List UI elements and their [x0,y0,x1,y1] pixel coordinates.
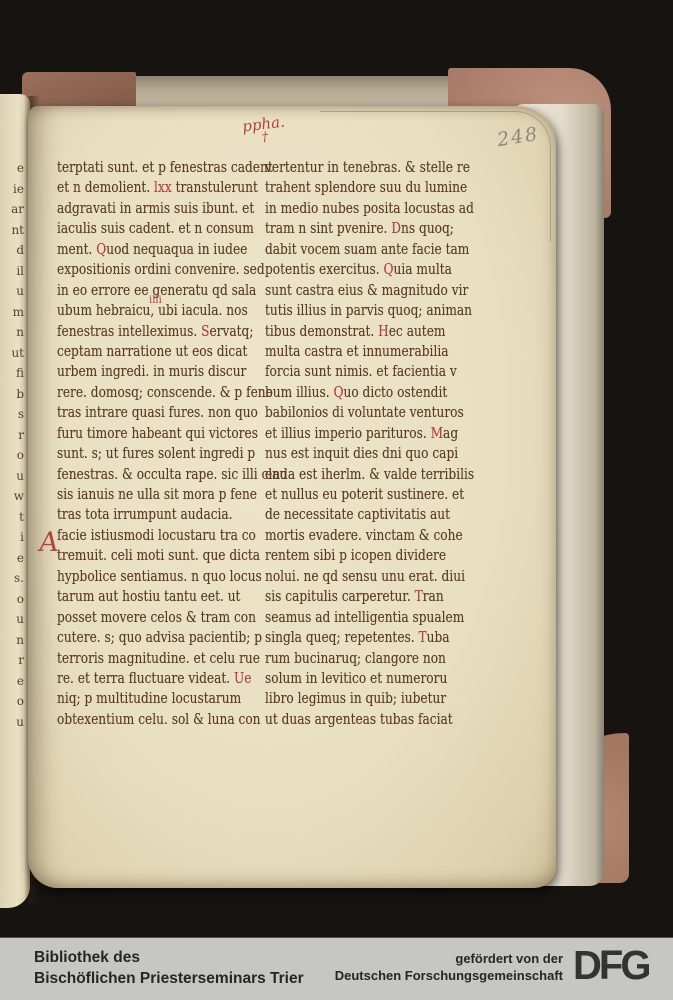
facing-page-fragment: o [0,445,24,466]
line-text: cutere. s; quo advisa pacientib; p [57,630,262,646]
line-text: ceptam narratione ut eos dicat [57,344,247,360]
manuscript-line: tram n sint pvenire. Dns quoq; [265,219,475,239]
manuscript-line: tras tota irrumpunt audacia. [57,505,267,525]
line-text: furu timore habeant qui victores [57,426,258,442]
dfg-logo: DFG [573,944,648,990]
manuscript-line: sis capitulis carperetur. Tran [265,587,475,607]
manuscript-line: adgravati in armis suis ibunt. et [57,199,267,219]
manuscript-line: obtexentium celu. sol & luna con [57,710,267,730]
line-text: mortis evadere. vinctam & cohe [265,528,463,544]
facing-page-fragment: ie [0,179,24,200]
line-text: rum bucinaruq; clangore non [265,651,446,667]
manuscript-line: vertentur in tenebras. & stelle re [265,158,475,178]
manuscript-line: singla queq; repetentes. Tuba [265,628,475,648]
line-text: tremuit. celi moti sunt. que dicta [57,548,260,564]
line-text: tibus demonstrat. [265,324,378,340]
line-text: urbem ingredi. in muris discur [57,364,246,380]
manuscript-line: cutere. s; quo advisa pacientib; p [57,628,267,648]
line-text: vertentur in tenebras. & stelle re [265,160,470,176]
line-text: multa castra et innumerabilia [265,344,449,360]
manuscript-line: terroris magnitudine. et celu rue [57,649,267,669]
manuscript-line: tremuit. celi moti sunt. que dicta [57,546,267,566]
manuscript-line: rum bucinaruq; clangore non [265,649,475,669]
line-text: facie istiusmodi locustaru tra co [57,528,256,544]
rubric-initial: Q [384,262,394,278]
manuscript-line: ment. Quod nequaqua in iudee [57,240,267,260]
line-text: nolui. ne qd sensu unu erat. diui [265,569,465,585]
rubric-initial: S [201,324,209,340]
manuscript-line: sis ianuis ne ulla sit mora p fene [57,485,267,505]
manuscript-line: babilonios di voluntate venturos [265,403,475,423]
line-text: dabit vocem suam ante facie tam [265,242,469,258]
manuscript-line: potentis exercitus. Quia multa [265,260,475,280]
manuscript-line: iaculis suis cadent. et n consum [57,219,267,239]
manuscript-line: et illius imperio parituros. Mag [265,424,475,444]
facing-page-fragment: n [0,322,24,343]
line-text: bum illius. [265,385,333,401]
facing-page-fragment: ut [0,343,24,364]
line-text: expositionis ordini convenire. sed [57,262,265,278]
facing-page-fragment: w [0,486,24,507]
line-text: terroris magnitudine. et celu rue [57,651,260,667]
line-text: trahent splendore suu du lumine [265,180,467,196]
manuscript-line: expositionis ordini convenire. sed [57,260,267,280]
funding-credit: gefördert von der Deutschen Forschungsge… [335,950,563,984]
line-text: fenestras. & occulta rape. sic illi clau [57,467,287,483]
facing-page-fragment: i [0,527,24,548]
facing-page-fragment: n [0,630,24,651]
manuscript-line: terptati sunt. et p fenestras cadent [57,158,267,178]
facing-page-fragment: o [0,589,24,610]
line-text: nus est inquit dies dni quo capi [265,446,458,462]
manuscript-line: fenestras. & occulta rape. sic illi clau [57,465,267,485]
facing-page-fragment: u [0,281,24,302]
library-name-line2: Bischöflichen Priesterseminars Trier [34,968,304,989]
line-text: ag [443,426,458,442]
manuscript-line: facie istiusmodi locustaru tra co [57,526,267,546]
facing-page-fragment: ar [0,199,24,220]
manuscript-line: ut duas argenteas tubas faciat [265,710,475,730]
line-text: sunt castra eius & magnitudo vir [265,283,468,299]
manuscript-line: hypbolice sentiamus. n quo locus [57,567,267,587]
line-text: uba [427,630,450,646]
manuscript-line: sunt. s; ut fures solent ingredi p [57,444,267,464]
manuscript-line: furu timore habeant qui victores [57,424,267,444]
facing-page-fragment: fi [0,363,24,384]
line-text: iaculis suis cadent. et n consum [57,221,254,237]
facing-page-fragment: il [0,261,24,282]
facing-page-fragment: s [0,404,24,425]
line-text: in medio nubes posita locustas ad [265,201,474,217]
line-text: posset movere celos & tram con [57,610,256,626]
library-name: Bibliothek des Bischöflichen Priestersem… [34,947,304,989]
facing-page-fragment: s. [0,568,24,589]
line-text: uod nequaqua in iudee [106,242,247,258]
rubric-top-margin-note: ppha. † [242,116,287,147]
line-text: obtexentium celu. sol & luna con [57,712,261,728]
line-text: ubum hebraicu, ubi iacula. nos [57,303,248,319]
line-text: niq; p multitudine locustarum [57,691,241,707]
manuscript-line: libro legimus in quib; iubetur [265,689,475,709]
line-text: uo dicto ostendit [343,385,447,401]
line-text: et nullus eu poterit sustinere. et [265,487,464,503]
manuscript-line: mortis evadere. vinctam & cohe [265,526,475,546]
manuscript-line: seamus ad intelligentia spualem [265,608,475,628]
line-text: singla queq; repetentes. [265,630,419,646]
funding-credit-line1: gefördert von der [335,950,563,967]
line-text: et n demolient. [57,180,154,196]
facing-page-fragment: u [0,609,24,630]
rubric-initial: lxx [154,180,172,196]
manuscript-line: ubum hebraicu, ubi iacula. nos [57,301,267,321]
manuscript-line: rentem sibi p icopen dividere [265,546,475,566]
manuscript-line: re. et terra fluctuare videat. Ue [57,669,267,689]
manuscript-line: nolui. ne qd sensu unu erat. diui [265,567,475,587]
line-text: fenestras intelleximus. [57,324,201,340]
line-text: ec autem [389,324,446,340]
manuscript-line: tras intrare quasi fures. non quo [57,403,267,423]
manuscript-line: tutis illius in parvis quoq; animan [265,301,475,321]
rubric-initial: Q [333,385,343,401]
line-text: ment. [57,242,96,258]
line-text: enda est iherlm. & valde terribilis [265,467,474,483]
manuscript-line: dabit vocem suam ante facie tam [265,240,475,260]
manuscript-line: forcia sunt nimis. et facientia v [265,362,475,382]
manuscript-line: bum illius. Quo dicto ostendit [265,383,475,403]
line-text: tutis illius in parvis quoq; animan [265,303,472,319]
manuscript-line: et n demolient. lxx transtulerunt [57,178,267,198]
facing-page-fragment: u [0,712,24,733]
rubric-initial: D [391,221,401,237]
facing-page-fragment: o [0,691,24,712]
line-text: sis capitulis carperetur. [265,589,415,605]
footer-bar: Bibliothek des Bischöflichen Priestersem… [0,937,673,1000]
line-text: tarum aut hostiu tantu eet. ut [57,589,240,605]
text-column-right: vertentur in tenebras. & stelle retrahen… [265,158,475,730]
line-text: terptati sunt. et p fenestras cadent [57,160,273,176]
line-text: solum in levitico et numeroru [265,671,447,687]
facing-page-text-fragments: eiearntdilumnutfibsrouwties.ounreou [0,158,24,758]
rubric-initial: Q [96,242,106,258]
line-text: forcia sunt nimis. et facientia v [265,364,457,380]
manuscript-line: tarum aut hostiu tantu eet. ut [57,587,267,607]
line-text: ut duas argenteas tubas faciat [265,712,453,728]
line-text: de necessitate captivitatis aut [265,507,450,523]
line-text: libro legimus in quib; iubetur [265,691,446,707]
facing-page-fragment: nt [0,220,24,241]
manuscript-line: posset movere celos & tram con [57,608,267,628]
library-name-line1: Bibliothek des [34,947,304,968]
line-text: hypbolice sentiamus. n quo locus [57,569,262,585]
line-text: in eo errore ee generatu qd sala [57,283,256,299]
line-text: babilonios di voluntate venturos [265,405,464,421]
manuscript-page: ppha. † 248 illi A terptati sunt. et p f… [28,106,556,888]
manuscript-line: multa castra et innumerabilia [265,342,475,362]
line-text: et illius imperio parituros. [265,426,431,442]
text-column-left: terptati sunt. et p fenestras cadentet n… [57,158,267,730]
manuscript-line: tibus demonstrat. Hec autem [265,322,475,342]
facing-page-fragment: e [0,671,24,692]
facing-page-fragment: u [0,466,24,487]
manuscript-line: urbem ingredi. in muris discur [57,362,267,382]
facing-page-fragment: m [0,302,24,323]
line-text: sis ianuis ne ulla sit mora p fene [57,487,257,503]
facing-page-fragment: r [0,425,24,446]
line-text: rentem sibi p icopen dividere [265,548,446,564]
line-text: sunt. s; ut fures solent ingredi p [57,446,255,462]
facing-page-fragment: e [0,548,24,569]
facing-page-fragment: e [0,158,24,179]
line-text: re. et terra fluctuare videat. [57,671,234,687]
line-text: transtulerunt [172,180,258,196]
line-text: tras tota irrumpunt audacia. [57,507,233,523]
rubric-initial: Ue [234,671,251,687]
line-text: ervatq; [209,324,253,340]
manuscript-line: niq; p multitudine locustarum [57,689,267,709]
rubric-initial: M [431,426,443,442]
line-text: ran [423,589,444,605]
manuscript-line: de necessitate captivitatis aut [265,505,475,525]
manuscript-line: et nullus eu poterit sustinere. et [265,485,475,505]
line-text: seamus ad intelligentia spualem [265,610,464,626]
manuscript-line: sunt castra eius & magnitudo vir [265,281,475,301]
manuscript-line: rere. domosq; conscende. & p fene [57,383,267,403]
facing-page-fragment: t [0,507,24,528]
manuscript-line: solum in levitico et numeroru [265,669,475,689]
line-text: potentis exercitus. [265,262,384,278]
facing-page-fragment: r [0,650,24,671]
manuscript-line: in eo errore ee generatu qd sala [57,281,267,301]
facing-page-fragment: b [0,384,24,405]
manuscript-line: trahent splendore suu du lumine [265,178,475,198]
manuscript-line: fenestras intelleximus. Servatq; [57,322,267,342]
manuscript-line: in medio nubes posita locustas ad [265,199,475,219]
line-text: ns quoq; [401,221,454,237]
facing-page-fragment: d [0,240,24,261]
line-text: adgravati in armis suis ibunt. et [57,201,254,217]
line-text: uia multa [394,262,452,278]
manuscript-line: ceptam narratione ut eos dicat [57,342,267,362]
manuscript-line: nus est inquit dies dni quo capi [265,444,475,464]
rubric-initial: T [415,589,423,605]
line-text: tram n sint pvenire. [265,221,391,237]
manuscript-line: enda est iherlm. & valde terribilis [265,465,475,485]
line-text: rere. domosq; conscende. & p fene [57,385,273,401]
funding-credit-line2: Deutschen Forschungsgemeinschaft [335,967,563,984]
line-text: tras intrare quasi fures. non quo [57,405,258,421]
rubric-initial: H [378,324,389,340]
